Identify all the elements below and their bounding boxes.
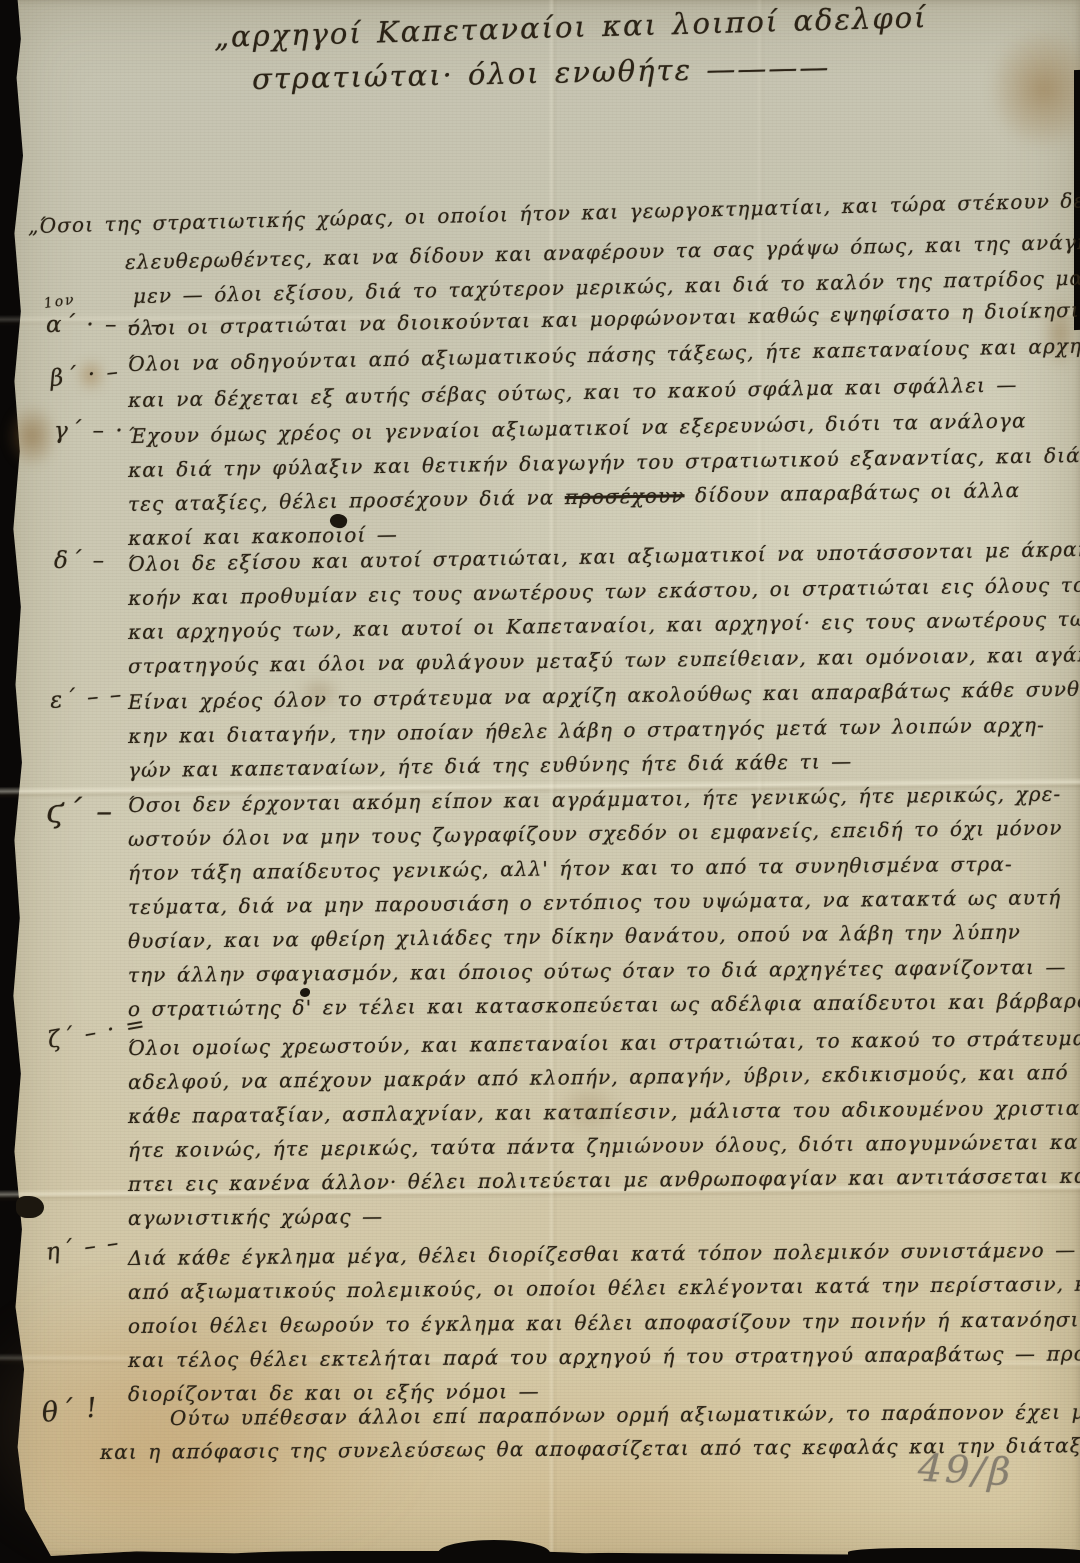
archival-number-pencil: 49/β	[917, 1446, 1014, 1495]
article-stigma-marker: ϛ΄ –	[46, 792, 114, 830]
scan-edge-bottom-1	[60, 1553, 245, 1563]
article-gamma-line-4: κακοί και κακοποιοί —	[128, 522, 398, 550]
article-zeta-line-6: αγωνιστικής χώρας —	[128, 1204, 383, 1230]
article-theta-marker: θ΄ !	[40, 1392, 100, 1429]
article-delta-marker: δ΄ –	[54, 548, 106, 574]
article-gamma-marker: γ΄ – ·	[54, 418, 125, 444]
article-eta-line-5: διορίζονται δε και οι εξής νόμοι —	[128, 1379, 540, 1406]
gamma-line-3-strikethrough: προσέχουν	[565, 483, 685, 509]
scan-background: „αρχηγοί Καπεταναίοι και λοιποί αδελφοί …	[0, 0, 1080, 1563]
